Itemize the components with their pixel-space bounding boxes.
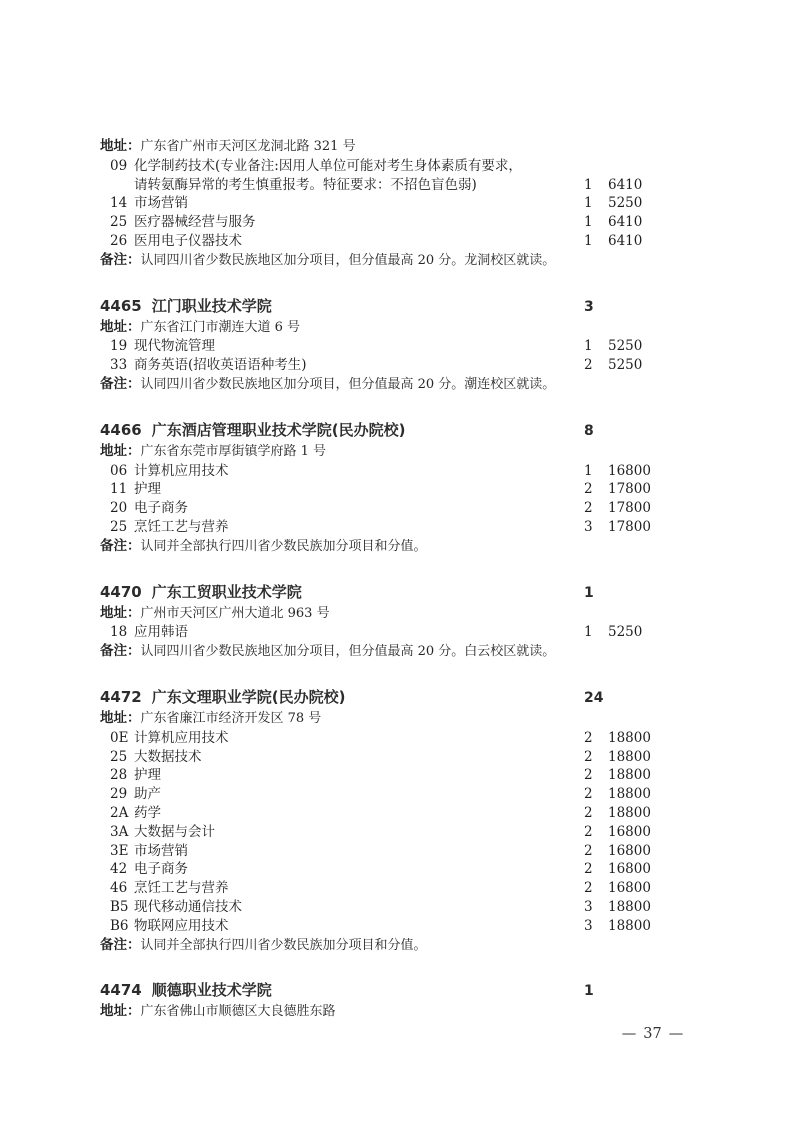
- address-label: 地址：: [100, 710, 141, 726]
- address-row: 地址：广东省佛山市顺德区大良德胜东路: [100, 1002, 650, 1022]
- major-count: 3: [584, 917, 608, 936]
- major-name: 大数据与会计: [134, 823, 584, 842]
- major-code: 26: [110, 232, 134, 251]
- major-code: 09: [110, 157, 134, 176]
- institution-section: 地址：广东省广州市天河区龙洞北路 321 号 09 化学制药技术(专业备注:因用…: [100, 137, 650, 271]
- address-row: 地址：广东省东莞市厚街镇学府路 1 号: [100, 442, 650, 462]
- major-fee: 16800: [608, 860, 650, 879]
- institution-heading: 4466 广东酒店管理职业技术学院(民办院校) 8: [100, 419, 650, 442]
- major-row: 28 护理 2 18800: [100, 766, 650, 785]
- major-row: 0E 计算机应用技术 2 18800: [100, 729, 650, 748]
- institution-code: 4466: [100, 419, 142, 441]
- major-row: 18 应用韩语 1 5250: [100, 623, 650, 642]
- major-row: 09 化学制药技术(专业备注:因用人单位可能对考生身体素质有要求，: [100, 157, 650, 176]
- major-count: 1: [584, 232, 608, 251]
- major-code: 2A: [110, 804, 134, 823]
- major-code: 11: [110, 480, 134, 499]
- major-fee: 18800: [608, 917, 650, 936]
- address-label: 地址：: [100, 319, 141, 335]
- major-fee: 18800: [608, 748, 650, 767]
- major-fee: 18800: [608, 785, 650, 804]
- major-name: 现代物流管理: [134, 337, 584, 356]
- major-row: 25 大数据技术 2 18800: [100, 748, 650, 767]
- major-count: 1: [584, 623, 608, 642]
- institution-section: 4472 广东文理职业学院(民办院校) 24 地址：广东省廉江市经济开发区 78…: [100, 686, 650, 955]
- major-count: 3: [584, 898, 608, 917]
- major-fee: 17800: [608, 518, 650, 537]
- institution-heading: 4474 顺德职业技术学院 1: [100, 979, 650, 1002]
- major-name: 大数据技术: [134, 748, 584, 767]
- major-row: 11 护理 2 17800: [100, 480, 650, 499]
- major-row: 26 医用电子仪器技术 1 6410: [100, 232, 650, 251]
- major-count: 1: [584, 462, 608, 481]
- major-fee: 6410: [608, 213, 650, 232]
- address-row: 地址：广东省江门市潮连大道 6 号: [100, 318, 650, 338]
- institution-code: 4474: [100, 979, 142, 1001]
- note-label: 备注：: [100, 376, 141, 392]
- institution-heading: 4470 广东工贸职业技术学院 1: [100, 581, 650, 604]
- address-text: 广东省广州市天河区龙洞北路 321 号: [141, 139, 356, 154]
- institution-name: 广东工贸职业技术学院: [152, 581, 584, 603]
- address-label: 地址：: [100, 1003, 141, 1019]
- major-code: 28: [110, 766, 134, 785]
- address-label: 地址：: [100, 443, 141, 459]
- major-row: 3A 大数据与会计 2 16800: [100, 823, 650, 842]
- major-row: 19 现代物流管理 1 5250: [100, 337, 650, 356]
- page-number: —37—: [585, 1026, 720, 1042]
- note-label: 备注：: [100, 252, 141, 268]
- note-text: 认同并全部执行四川省少数民族加分项目和分值。: [141, 938, 427, 953]
- major-row: 42 电子商务 2 16800: [100, 860, 650, 879]
- major-code: 06: [110, 462, 134, 481]
- major-code: 46: [110, 879, 134, 898]
- institution-plan-count: 24: [584, 687, 650, 709]
- major-row: 2A 药学 2 18800: [100, 804, 650, 823]
- major-name: 烹饪工艺与营养: [134, 879, 584, 898]
- major-name: 商务英语(招收英语语种考生): [134, 356, 584, 375]
- major-fee: 5250: [608, 356, 650, 375]
- major-code: 3A: [110, 823, 134, 842]
- institution-name: 江门职业技术学院: [152, 295, 584, 317]
- major-fee: 18800: [608, 729, 650, 748]
- major-count: 3: [584, 518, 608, 537]
- institution-section: 4465 江门职业技术学院 3 地址：广东省江门市潮连大道 6 号 19 现代物…: [100, 295, 650, 395]
- major-code: 25: [110, 748, 134, 767]
- institution-name: 广东文理职业学院(民办院校): [152, 686, 584, 708]
- major-name: 物联网应用技术: [134, 917, 584, 936]
- major-fee: 18800: [608, 898, 650, 917]
- major-fee: 5250: [608, 337, 650, 356]
- page-content: 地址：广东省广州市天河区龙洞北路 321 号 09 化学制药技术(专业备注:因用…: [100, 137, 650, 1022]
- major-name: 护理: [134, 480, 584, 499]
- major-code: B6: [110, 917, 134, 936]
- major-fee: 5250: [608, 194, 650, 213]
- major-count: 2: [584, 729, 608, 748]
- major-code: 25: [110, 518, 134, 537]
- institution-code: 4470: [100, 581, 142, 603]
- major-count: 2: [584, 804, 608, 823]
- major-count: 2: [584, 480, 608, 499]
- institution-name: 顺德职业技术学院: [152, 979, 584, 1001]
- institution-plan-count: 8: [584, 420, 650, 442]
- major-count: 2: [584, 748, 608, 767]
- institution-section: 4474 顺德职业技术学院 1 地址：广东省佛山市顺德区大良德胜东路: [100, 979, 650, 1022]
- major-name: 市场营销: [134, 194, 584, 213]
- address-row: 地址：广州市天河区广州大道北 963 号: [100, 604, 650, 624]
- address-row: 地址：广东省廉江市经济开发区 78 号: [100, 709, 650, 729]
- document-page: 地址：广东省广州市天河区龙洞北路 321 号 09 化学制药技术(专业备注:因用…: [0, 0, 794, 1123]
- major-code: 0E: [110, 729, 134, 748]
- address-text: 广东省江门市潮连大道 6 号: [141, 320, 301, 335]
- page-number-value: 37: [643, 1026, 661, 1042]
- note-label: 备注：: [100, 643, 141, 659]
- major-count: 1: [584, 176, 608, 195]
- major-row: B6 物联网应用技术 3 18800: [100, 917, 650, 936]
- major-code: 19: [110, 337, 134, 356]
- major-row: 14 市场营销 1 5250: [100, 194, 650, 213]
- page-number-dash-right: —: [669, 1026, 684, 1042]
- address-text: 广东省廉江市经济开发区 78 号: [141, 711, 322, 726]
- note-text: 认同四川省少数民族地区加分项目，但分值最高 20 分。龙洞校区就读。: [141, 253, 556, 268]
- major-count: 1: [584, 194, 608, 213]
- major-fee: 16800: [608, 842, 650, 861]
- note-text: 认同四川省少数民族地区加分项目，但分值最高 20 分。白云校区就读。: [141, 644, 556, 659]
- major-row: 25 医疗器械经营与服务 1 6410: [100, 213, 650, 232]
- major-name: 医疗器械经营与服务: [134, 213, 584, 232]
- note-row: 备注：认同四川省少数民族地区加分项目，但分值最高 20 分。白云校区就读。: [100, 642, 650, 662]
- major-fee: 16800: [608, 823, 650, 842]
- major-code: 42: [110, 860, 134, 879]
- major-fee: 6410: [608, 232, 650, 251]
- major-fee: 17800: [608, 499, 650, 518]
- major-code: B5: [110, 898, 134, 917]
- major-count: 2: [584, 842, 608, 861]
- major-count: 2: [584, 766, 608, 785]
- note-row: 备注：认同并全部执行四川省少数民族加分项目和分值。: [100, 936, 650, 956]
- major-count: 2: [584, 860, 608, 879]
- major-fee: 16800: [608, 462, 650, 481]
- major-count: 1: [584, 213, 608, 232]
- major-row: 请转氨酶异常的考生慎重报考。特征要求：不招色盲色弱) 1 6410: [100, 176, 650, 195]
- major-code: 3E: [110, 842, 134, 861]
- major-count: 2: [584, 499, 608, 518]
- address-text: 广东省东莞市厚街镇学府路 1 号: [141, 444, 327, 459]
- major-code: 14: [110, 194, 134, 213]
- address-row: 地址：广东省广州市天河区龙洞北路 321 号: [100, 137, 650, 157]
- major-name: 烹饪工艺与营养: [134, 518, 584, 537]
- note-label: 备注：: [100, 538, 141, 554]
- major-count: 2: [584, 785, 608, 804]
- major-fee: 18800: [608, 804, 650, 823]
- major-count: 2: [584, 879, 608, 898]
- institution-plan-count: 1: [584, 980, 650, 1002]
- major-name: 助产: [134, 785, 584, 804]
- major-row: 25 烹饪工艺与营养 3 17800: [100, 518, 650, 537]
- institution-name: 广东酒店管理职业技术学院(民办院校): [152, 419, 584, 441]
- major-row: 3E 市场营销 2 16800: [100, 842, 650, 861]
- address-text: 广州市天河区广州大道北 963 号: [141, 606, 330, 621]
- major-fee: 16800: [608, 879, 650, 898]
- address-label: 地址：: [100, 605, 141, 621]
- major-code: 25: [110, 213, 134, 232]
- address-label: 地址：: [100, 138, 141, 154]
- major-code: 33: [110, 356, 134, 375]
- major-fee: 17800: [608, 480, 650, 499]
- major-name: 市场营销: [134, 842, 584, 861]
- institution-code: 4472: [100, 686, 142, 708]
- major-name: 电子商务: [134, 860, 584, 879]
- institution-section: 4470 广东工贸职业技术学院 1 地址：广州市天河区广州大道北 963 号 1…: [100, 581, 650, 662]
- major-count: 1: [584, 337, 608, 356]
- institution-plan-count: 1: [584, 582, 650, 604]
- institution-heading: 4472 广东文理职业学院(民办院校) 24: [100, 686, 650, 709]
- major-row: 06 计算机应用技术 1 16800: [100, 462, 650, 481]
- major-row: 20 电子商务 2 17800: [100, 499, 650, 518]
- address-text: 广东省佛山市顺德区大良德胜东路: [141, 1004, 336, 1019]
- major-name: 化学制药技术(专业备注:因用人单位可能对考生身体素质有要求，: [134, 157, 584, 176]
- note-label: 备注：: [100, 937, 141, 953]
- major-name: 请转氨酶异常的考生慎重报考。特征要求：不招色盲色弱): [134, 176, 584, 195]
- major-count: 2: [584, 823, 608, 842]
- major-count: 2: [584, 356, 608, 375]
- major-name: 计算机应用技术: [134, 729, 584, 748]
- major-name: 护理: [134, 766, 584, 785]
- major-row: 29 助产 2 18800: [100, 785, 650, 804]
- major-fee: 5250: [608, 623, 650, 642]
- note-text: 认同四川省少数民族地区加分项目，但分值最高 20 分。潮连校区就读。: [141, 377, 556, 392]
- major-code: 29: [110, 785, 134, 804]
- major-row: 33 商务英语(招收英语语种考生) 2 5250: [100, 356, 650, 375]
- note-row: 备注：认同四川省少数民族地区加分项目，但分值最高 20 分。潮连校区就读。: [100, 375, 650, 395]
- note-text: 认同并全部执行四川省少数民族加分项目和分值。: [141, 539, 427, 554]
- institution-heading: 4465 江门职业技术学院 3: [100, 295, 650, 318]
- major-name: 应用韩语: [134, 623, 584, 642]
- institution-code: 4465: [100, 295, 142, 317]
- note-row: 备注：认同并全部执行四川省少数民族加分项目和分值。: [100, 537, 650, 557]
- institution-plan-count: 3: [584, 296, 650, 318]
- major-name: 电子商务: [134, 499, 584, 518]
- major-code: 18: [110, 623, 134, 642]
- major-name: 药学: [134, 804, 584, 823]
- major-row: B5 现代移动通信技术 3 18800: [100, 898, 650, 917]
- major-name: 现代移动通信技术: [134, 898, 584, 917]
- major-name: 计算机应用技术: [134, 462, 584, 481]
- institution-section: 4466 广东酒店管理职业技术学院(民办院校) 8 地址：广东省东莞市厚街镇学府…: [100, 419, 650, 557]
- note-row: 备注：认同四川省少数民族地区加分项目，但分值最高 20 分。龙洞校区就读。: [100, 251, 650, 271]
- major-row: 46 烹饪工艺与营养 2 16800: [100, 879, 650, 898]
- page-number-dash-left: —: [622, 1026, 637, 1042]
- major-code: 20: [110, 499, 134, 518]
- major-fee: 6410: [608, 176, 650, 195]
- major-fee: 18800: [608, 766, 650, 785]
- major-name: 医用电子仪器技术: [134, 232, 584, 251]
